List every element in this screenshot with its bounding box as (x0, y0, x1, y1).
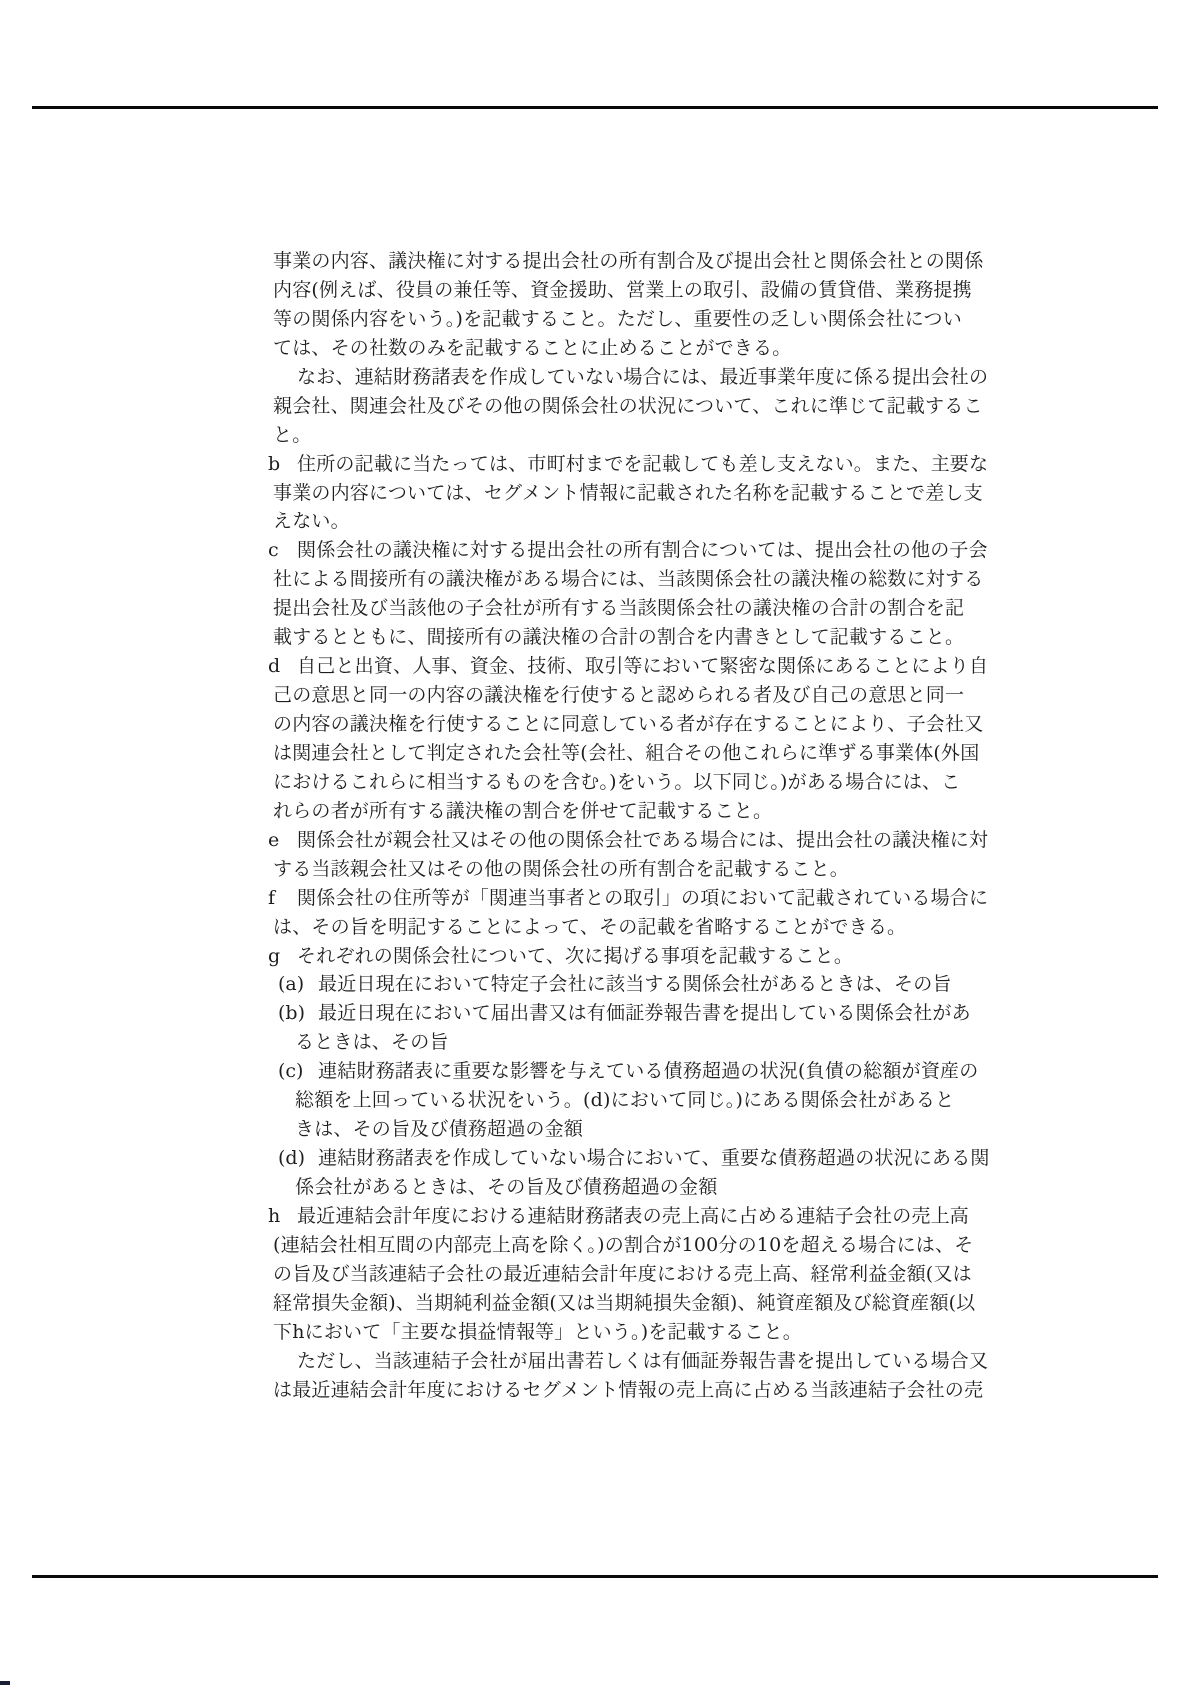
line-text: は関連会社として判定された会社等(会社、組合その他これらに準ずる事業体(外国 (273, 742, 979, 764)
line-text: ては、その社数のみを記載することに止めることができる。 (273, 337, 791, 359)
line-text: 関係会社が親会社又はその他の関係会社である場合には、提出会社の議決権に対 (297, 829, 988, 851)
item-label: c (268, 536, 297, 565)
item-label: f (268, 884, 297, 913)
line-text: する当該親会社又はその他の関係会社の所有割合を記載すること。 (273, 858, 849, 880)
line-text: 載するとともに、間接所有の議決権の合計の割合を内書きとして記載すること。 (273, 626, 964, 648)
text-line: 経常損失金額)、当期純利益金額(又は当期純損失金額)、純資産額及び総資産額(以 (268, 1289, 980, 1318)
line-text: 連結財務諸表を作成していない場合において、重要な債務超過の状況にある関 (318, 1147, 990, 1169)
line-text: 下hにおいて「主要な損益情報等」という。)を記載すること。 (273, 1321, 802, 1343)
line-text: 提出会社及び当該他の子会社が所有する当該関係会社の議決権の合計の割合を記 (273, 597, 964, 619)
text-line: (b)最近日現在において届出書又は有価証券報告書を提出している関係会社があ (268, 999, 980, 1028)
line-text: れらの者が所有する議決権の割合を併せて記載すること。 (273, 800, 772, 822)
line-text: 最近日現在において特定子会社に該当する関係会社があるときは、その旨 (318, 973, 952, 995)
line-text: 総額を上回っている状況をいう。(d)において同じ。)にある関係会社があると (295, 1089, 954, 1111)
item-label: b (268, 450, 297, 479)
document-body: 事業の内容、議決権に対する提出会社の所有割合及び提出会社と関係会社との関係内容(… (268, 247, 980, 1405)
line-text: の内容の議決権を行使することに同意している者が存在することにより、子会社又 (273, 713, 983, 735)
page-corner-artifact (0, 1681, 10, 1685)
text-line: 親会社、関連会社及びその他の関係会社の状況について、これに準じて記載するこ (268, 392, 980, 421)
text-line: e関係会社が親会社又はその他の関係会社である場合には、提出会社の議決権に対 (268, 826, 980, 855)
line-text: なお、連結財務諸表を作成していない場合には、最近事業年度に係る提出会社の (297, 366, 988, 388)
line-text: 連結財務諸表に重要な影響を与えている債務超過の状況(負債の総額が資産の (318, 1060, 978, 1082)
text-line: 提出会社及び当該他の子会社が所有する当該関係会社の議決権の合計の割合を記 (268, 594, 980, 623)
text-line: 事業の内容、議決権に対する提出会社の所有割合及び提出会社と関係会社との関係 (268, 247, 980, 276)
line-text: の旨及び当該連結子会社の最近連結会計年度における売上高、経常利益金額(又は (273, 1263, 972, 1285)
text-line: する当該親会社又はその他の関係会社の所有割合を記載すること。 (268, 855, 980, 884)
line-text: 最近連結会計年度における連結財務諸表の売上高に占める連結子会社の売上高 (297, 1205, 969, 1227)
text-line: えない。 (268, 507, 980, 536)
text-line: (a)最近日現在において特定子会社に該当する関係会社があるときは、その旨 (268, 970, 980, 999)
text-line: 係会社があるときは、その旨及び債務超過の金額 (268, 1173, 980, 1202)
text-line: 事業の内容については、セグメント情報に記載された名称を記載することで差し支 (268, 479, 980, 508)
text-line: の内容の議決権を行使することに同意している者が存在することにより、子会社又 (268, 710, 980, 739)
text-line: は、その旨を明記することによって、その記載を省略することができる。 (268, 913, 980, 942)
line-text: 事業の内容については、セグメント情報に記載された名称を記載することで差し支 (273, 482, 983, 504)
line-text: 経常損失金額)、当期純利益金額(又は当期純損失金額)、純資産額及び総資産額(以 (273, 1292, 975, 1314)
text-line: なお、連結財務諸表を作成していない場合には、最近事業年度に係る提出会社の (268, 363, 980, 392)
text-line: h最近連結会計年度における連結財務諸表の売上高に占める連結子会社の売上高 (268, 1202, 980, 1231)
line-text: 係会社があるときは、その旨及び債務超過の金額 (295, 1176, 717, 1198)
line-text: るときは、その旨 (295, 1031, 449, 1053)
item-label: d (268, 652, 297, 681)
text-line: るときは、その旨 (268, 1028, 980, 1057)
line-text: (連結会社相互間の内部売上高を除く。)の割合が100分の10を超える場合には、そ (273, 1234, 973, 1256)
top-rule (32, 106, 1158, 109)
text-line: f関係会社の住所等が「関連当事者との取引」の項において記載されている場合に (268, 884, 980, 913)
item-label: h (268, 1202, 297, 1231)
line-text: 親会社、関連会社及びその他の関係会社の状況について、これに準じて記載するこ (273, 395, 983, 417)
line-text: 住所の記載に当たっては、市町村までを記載しても差し支えない。また、主要な (297, 453, 988, 475)
text-line: 社による間接所有の議決権がある場合には、当該関係会社の議決権の総数に対する (268, 565, 980, 594)
text-line: れらの者が所有する議決権の割合を併せて記載すること。 (268, 797, 980, 826)
line-text: 自己と出資、人事、資金、技術、取引等において緊密な関係にあることにより自 (297, 655, 988, 677)
text-line: (c)連結財務諸表に重要な影響を与えている債務超過の状況(負債の総額が資産の (268, 1057, 980, 1086)
line-text: 己の意思と同一の内容の議決権を行使すると認められる者及び自己の意思と同一 (273, 684, 964, 706)
line-text: 内容(例えば、役員の兼任等、資金援助、営業上の取引、設備の賃貸借、業務提携 (273, 279, 972, 301)
line-text: におけるこれらに相当するものを含む。)をいう。以下同じ。)がある場合には、こ (273, 771, 960, 793)
text-line: きは、その旨及び債務超過の金額 (268, 1115, 980, 1144)
line-text: は、その旨を明記することによって、その記載を省略することができる。 (273, 916, 906, 938)
line-text: 最近日現在において届出書又は有価証券報告書を提出している関係会社があ (318, 1002, 971, 1024)
text-line: c関係会社の議決権に対する提出会社の所有割合については、提出会社の他の子会 (268, 536, 980, 565)
text-line: 総額を上回っている状況をいう。(d)において同じ。)にある関係会社があると (268, 1086, 980, 1115)
text-line: b住所の記載に当たっては、市町村までを記載しても差し支えない。また、主要な (268, 450, 980, 479)
line-text: 事業の内容、議決権に対する提出会社の所有割合及び提出会社と関係会社との関係 (273, 250, 983, 272)
line-text: 等の関係内容をいう。)を記載すること。ただし、重要性の乏しい関係会社につい (273, 308, 962, 330)
line-text: 関係会社の議決権に対する提出会社の所有割合については、提出会社の他の子会 (297, 539, 988, 561)
text-line: 己の意思と同一の内容の議決権を行使すると認められる者及び自己の意思と同一 (268, 681, 980, 710)
text-line: ては、その社数のみを記載することに止めることができる。 (268, 334, 980, 363)
text-line: 載するとともに、間接所有の議決権の合計の割合を内書きとして記載すること。 (268, 623, 980, 652)
line-text: それぞれの関係会社について、次に掲げる事項を記載すること。 (297, 945, 853, 967)
item-label: e (268, 826, 297, 855)
item-label: (a) (278, 970, 318, 999)
text-line: は関連会社として判定された会社等(会社、組合その他これらに準ずる事業体(外国 (268, 739, 980, 768)
text-line: 等の関係内容をいう。)を記載すること。ただし、重要性の乏しい関係会社につい (268, 305, 980, 334)
item-label: (b) (278, 999, 318, 1028)
text-line: d自己と出資、人事、資金、技術、取引等において緊密な関係にあることにより自 (268, 652, 980, 681)
item-label: g (268, 942, 297, 971)
item-label: (c) (278, 1057, 318, 1086)
text-line: 内容(例えば、役員の兼任等、資金援助、営業上の取引、設備の賃貸借、業務提携 (268, 276, 980, 305)
line-text: 社による間接所有の議決権がある場合には、当該関係会社の議決権の総数に対する (273, 568, 983, 590)
document-page: { "document": { "language": "ja", "descr… (0, 0, 1192, 1685)
item-label: (d) (278, 1144, 318, 1173)
line-text: と。 (273, 424, 311, 446)
text-line: は最近連結会計年度におけるセグメント情報の売上高に占める当該連結子会社の売 (268, 1376, 980, 1405)
line-text: えない。 (273, 510, 350, 532)
text-line: ただし、当該連結子会社が届出書若しくは有価証券報告書を提出している場合又 (268, 1347, 980, 1376)
text-line: の旨及び当該連結子会社の最近連結会計年度における売上高、経常利益金額(又は (268, 1260, 980, 1289)
line-text: 関係会社の住所等が「関連当事者との取引」の項において記載されている場合に (297, 887, 988, 909)
text-line: (d)連結財務諸表を作成していない場合において、重要な債務超過の状況にある関 (268, 1144, 980, 1173)
line-text: ただし、当該連結子会社が届出書若しくは有価証券報告書を提出している場合又 (297, 1350, 988, 1372)
text-line: (連結会社相互間の内部売上高を除く。)の割合が100分の10を超える場合には、そ (268, 1231, 980, 1260)
line-text: は最近連結会計年度におけるセグメント情報の売上高に占める当該連結子会社の売 (273, 1379, 983, 1401)
line-text: きは、その旨及び債務超過の金額 (295, 1118, 583, 1140)
text-line: におけるこれらに相当するものを含む。)をいう。以下同じ。)がある場合には、こ (268, 768, 980, 797)
text-line: gそれぞれの関係会社について、次に掲げる事項を記載すること。 (268, 942, 980, 971)
text-line: と。 (268, 421, 980, 450)
text-line: 下hにおいて「主要な損益情報等」という。)を記載すること。 (268, 1318, 980, 1347)
bottom-rule (32, 1575, 1158, 1578)
